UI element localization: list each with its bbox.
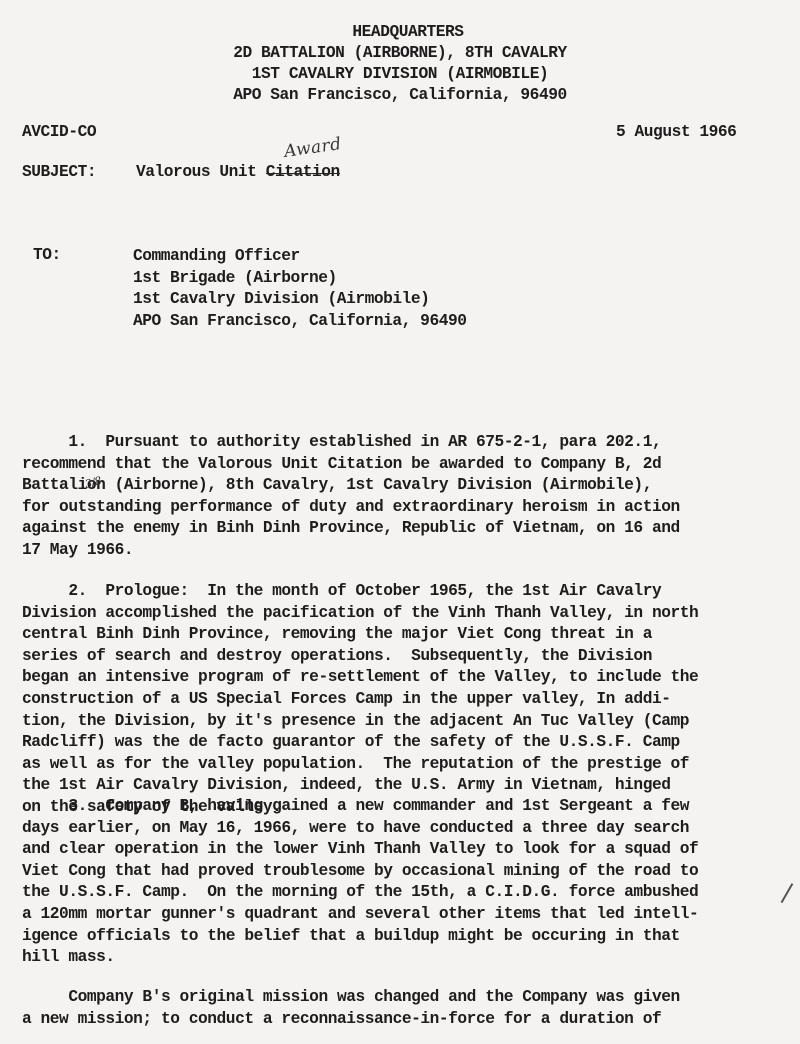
text-line: as well as for the valley population. Th… — [22, 754, 698, 776]
letterhead: HEADQUARTERS 2D BATTALION (AIRBORNE), 8T… — [0, 22, 800, 106]
office-symbol: AVCID-CO — [22, 123, 96, 141]
document-page: HEADQUARTERS 2D BATTALION (AIRBORNE), 8T… — [0, 0, 800, 1044]
addressee-line: APO San Francisco, California, 96490 — [133, 311, 467, 333]
handwritten-correction: Award — [283, 134, 343, 162]
paragraph-4: Company B's original mission was changed… — [22, 987, 680, 1030]
text-line: a 120mm mortar gunner's quadrant and sev… — [22, 904, 698, 926]
text-line: days earlier, on May 16, 1966, were to h… — [22, 818, 698, 840]
text-line: 1. Pursuant to authority established in … — [22, 432, 680, 454]
text-line: Viet Cong that had proved troublesome by… — [22, 861, 698, 883]
paragraph-2: 2. Prologue: In the month of October 196… — [22, 581, 698, 819]
text-line: the U.S.S.F. Camp. On the morning of the… — [22, 882, 698, 904]
struck-word: Citation — [266, 163, 340, 181]
text-line: a new mission; to conduct a reconnaissan… — [22, 1009, 680, 1031]
text-line: 2. Prologue: In the month of October 196… — [22, 581, 698, 603]
text-line: 17 May 1966. — [22, 540, 680, 562]
letterhead-line: 2D BATTALION (AIRBORNE), 8TH CAVALRY — [0, 43, 800, 64]
text-line: series of search and destroy operations.… — [22, 646, 698, 668]
text-line: hill mass. — [22, 947, 698, 969]
addressee-line: 1st Brigade (Airborne) — [133, 268, 467, 290]
text-line: Radcliff) was the de facto guarantor of … — [22, 732, 698, 754]
letterhead-line: HEADQUARTERS — [0, 22, 800, 43]
text-line: Division accomplished the pacification o… — [22, 603, 698, 625]
text-line: construction of a US Special Forces Camp… — [22, 689, 698, 711]
subject-label: SUBJECT: — [22, 163, 96, 181]
addressee-line: 1st Cavalry Division (Airmobile) — [133, 289, 467, 311]
text-line: igence officials to the belief that a bu… — [22, 926, 698, 948]
addressee-block: Commanding Officer 1st Brigade (Airborne… — [133, 246, 467, 332]
paragraph-1: 1. Pursuant to authority established in … — [22, 432, 680, 562]
text-line: central Binh Dinh Province, removing the… — [22, 624, 698, 646]
text-line: Battalion (Airborne), 8th Cavalry, 1st C… — [22, 475, 680, 497]
to-label: TO: — [33, 246, 61, 264]
letterhead-line: APO San Francisco, California, 96490 — [0, 85, 800, 106]
text-line: Company B's original mission was changed… — [22, 987, 680, 1009]
text-line: for outstanding performance of duty and … — [22, 497, 680, 519]
text-line: 3. Company B, having gained a new comman… — [22, 796, 698, 818]
subject-text: Valorous Unit — [136, 163, 266, 181]
text-line: the 1st Air Cavalry Division, indeed, th… — [22, 775, 698, 797]
text-line: began an intensive program of re-settlem… — [22, 667, 698, 689]
document-date: 5 August 1966 — [616, 123, 736, 141]
margin-pen-mark — [781, 883, 793, 903]
addressee-line: Commanding Officer — [133, 246, 467, 268]
text-line: recommend that the Valorous Unit Citatio… — [22, 454, 680, 476]
letterhead-line: 1ST CAVALRY DIVISION (AIRMOBILE) — [0, 64, 800, 85]
paragraph-3: 3. Company B, having gained a new comman… — [22, 796, 698, 969]
subject-line: Valorous Unit Citation — [136, 163, 340, 181]
text-line: and clear operation in the lower Vinh Th… — [22, 839, 698, 861]
text-line: tion, the Division, by it's presence in … — [22, 711, 698, 733]
text-line: against the enemy in Binh Dinh Province,… — [22, 518, 680, 540]
